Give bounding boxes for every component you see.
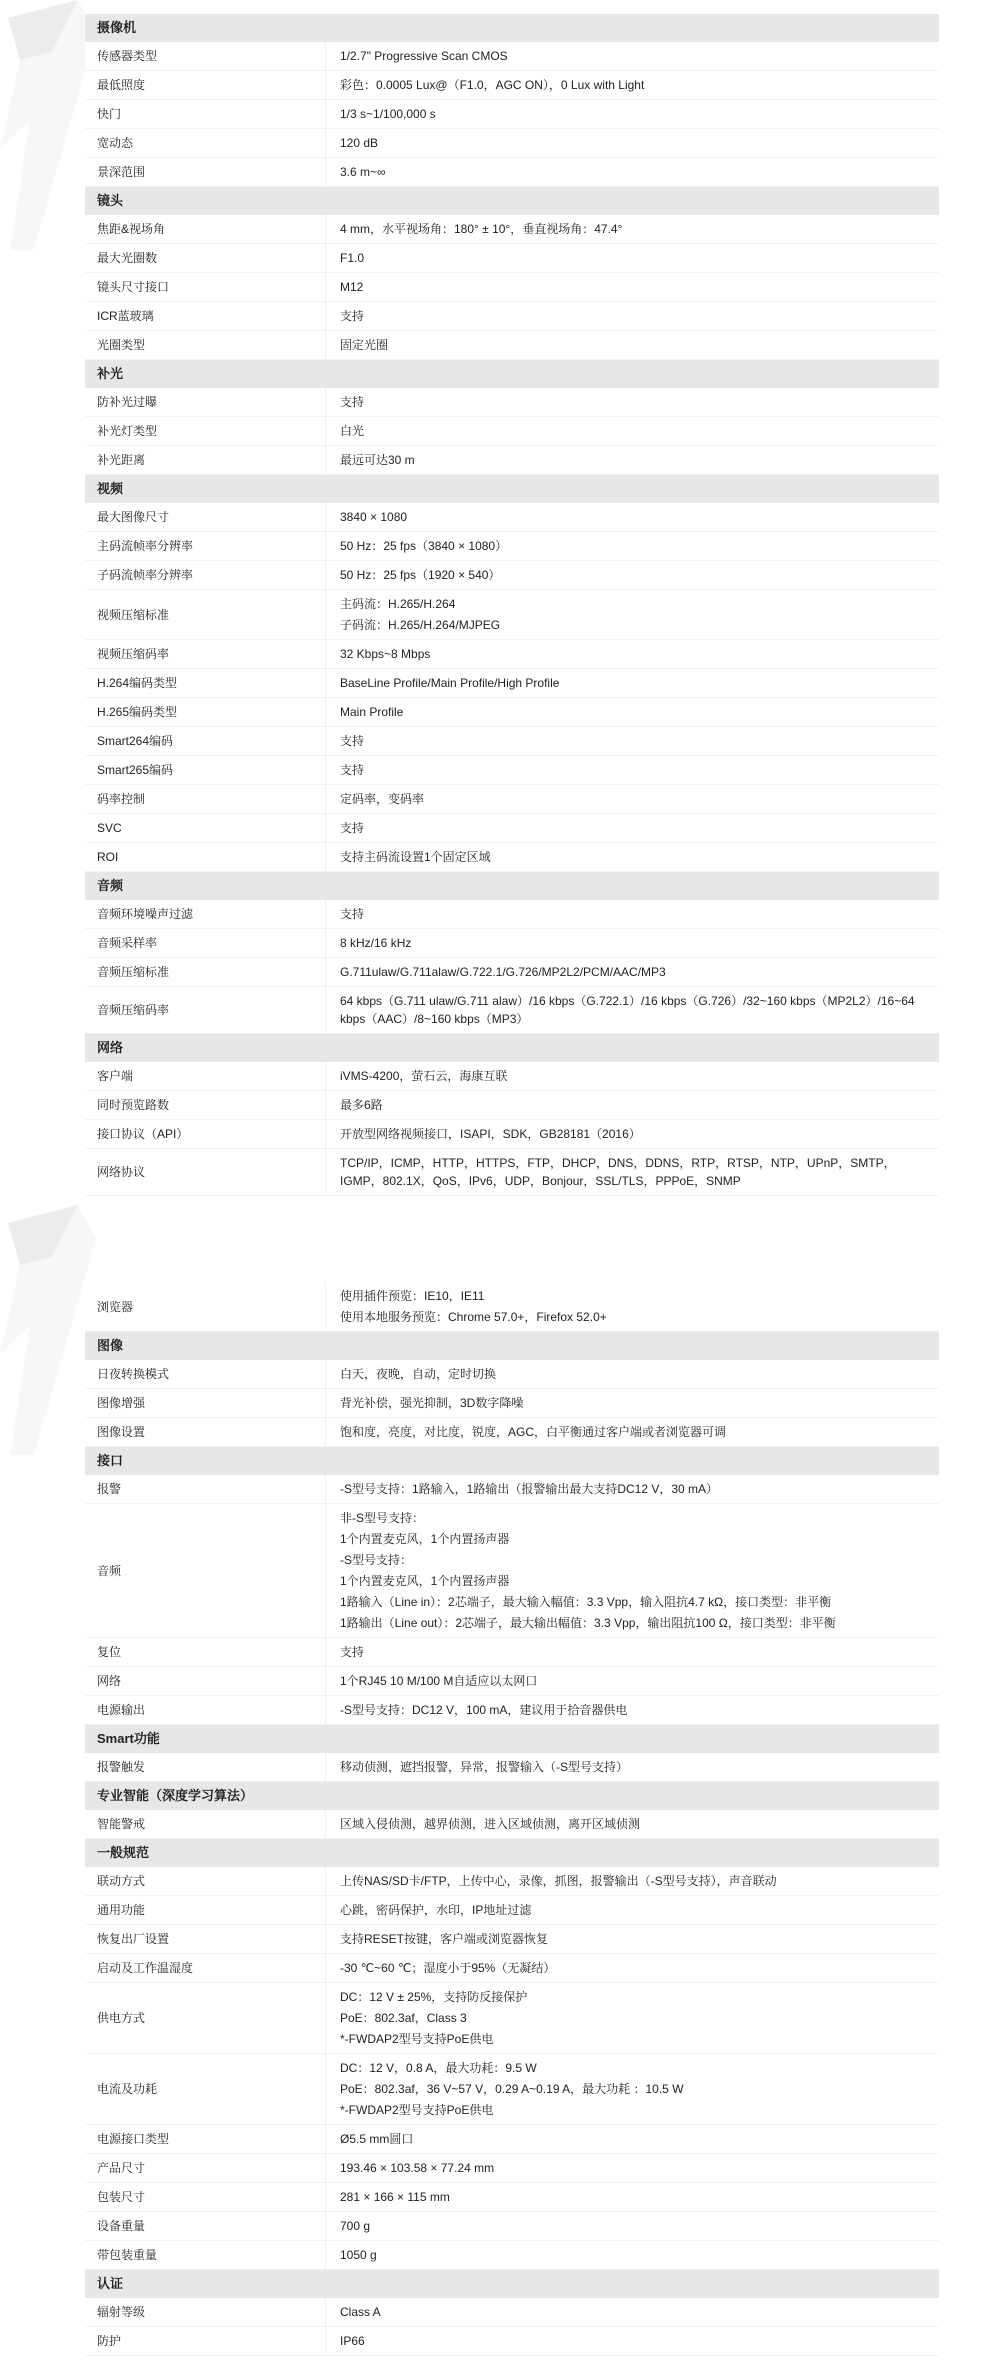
spec-value-line: 支持 (340, 393, 925, 411)
spec-value: 定码率，变码率 (326, 785, 939, 813)
spec-row: 补光灯类型白光 (85, 417, 939, 446)
spec-label: 网络 (85, 1667, 326, 1695)
spec-row: 日夜转换模式白天，夜晚，自动，定时切换 (85, 1360, 939, 1389)
spec-row: 景深范围3.6 m~∞ (85, 158, 939, 187)
spec-value-line: 支持 (340, 761, 925, 779)
spec-value-line: 主码流：H.265/H.264 (340, 595, 925, 613)
spec-label: Smart265编码 (85, 756, 326, 784)
spec-label: 电源输出 (85, 1696, 326, 1724)
spec-value: 3.6 m~∞ (326, 158, 939, 186)
spec-value-line: BaseLine Profile/Main Profile/High Profi… (340, 674, 925, 692)
spec-value-line: 开放型网络视频接口，ISAPI，SDK，GB28181（2016） (340, 1125, 925, 1143)
spec-label: 补光距离 (85, 446, 326, 474)
spec-value: 背光补偿，强光抑制，3D数字降噪 (326, 1389, 939, 1417)
spec-value: 主码流：H.265/H.264子码流：H.265/H.264/MJPEG (326, 590, 939, 639)
spec-value-line: 支持 (340, 819, 925, 837)
section-header: 认证 (85, 2270, 939, 2298)
spec-value: 白天，夜晚，自动，定时切换 (326, 1360, 939, 1388)
spec-value: 1/2.7" Progressive Scan CMOS (326, 42, 939, 70)
spec-row: 主码流帧率分辨率50 Hz：25 fps（3840 × 1080） (85, 532, 939, 561)
section-header: 接口 (85, 1447, 939, 1475)
spec-value-line: PoE：802.3af，Class 3 (340, 2009, 925, 2027)
spec-value: M12 (326, 273, 939, 301)
spec-label: 报警 (85, 1475, 326, 1503)
spec-value: Class A (326, 2298, 939, 2326)
spec-value-line: 支持RESET按键，客户端或浏览器恢复 (340, 1930, 925, 1948)
spec-row: 辐射等级Class A (85, 2298, 939, 2327)
spec-row: 电源输出-S型号支持：DC12 V，100 mA，建议用于拾音器供电 (85, 1696, 939, 1725)
spec-value: 32 Kbps~8 Mbps (326, 640, 939, 668)
spec-label: 最大光圈数 (85, 244, 326, 272)
spec-value: Main Profile (326, 698, 939, 726)
spec-value: TCP/IP，ICMP，HTTP，HTTPS，FTP，DHCP，DNS，DDNS… (326, 1149, 939, 1195)
spec-value: G.711ulaw/G.711alaw/G.722.1/G.726/MP2L2/… (326, 958, 939, 986)
spec-label: 恢复出厂设置 (85, 1925, 326, 1953)
spec-label: 子码流帧率分辨率 (85, 561, 326, 589)
section-header: 图像 (85, 1332, 939, 1360)
spec-value: 固定光圈 (326, 331, 939, 359)
spec-row: 最大光圈数F1.0 (85, 244, 939, 273)
spec-value-line: 使用插件预览：IE10，IE11 (340, 1287, 925, 1305)
spec-label: 浏览器 (85, 1282, 326, 1331)
spec-label: ROI (85, 843, 326, 871)
spec-value-line: 1路输入（Line in）：2芯端子，最大输入幅值：3.3 Vpp，输入阻抗4.… (340, 1593, 925, 1611)
spec-value-line: 支持 (340, 1643, 925, 1661)
spec-value: Ø5.5 mm圆口 (326, 2125, 939, 2153)
spec-row: 防补光过曝支持 (85, 388, 939, 417)
spec-label: H.264编码类型 (85, 669, 326, 697)
spec-value-line: 1个内置麦克风，1个内置扬声器 (340, 1572, 925, 1590)
spec-value-line: 281 × 166 × 115 mm (340, 2188, 925, 2206)
spec-value: 支持RESET按键，客户端或浏览器恢复 (326, 1925, 939, 1953)
spec-label: 同时预览路数 (85, 1091, 326, 1119)
spec-row: 同时预览路数最多6路 (85, 1091, 939, 1120)
section-header: 专业智能（深度学习算法） (85, 1782, 939, 1810)
spec-value-line: 700 g (340, 2217, 925, 2235)
spec-value: iVMS-4200，萤石云，海康互联 (326, 1062, 939, 1090)
spec-value: 心跳，密码保护，水印，IP地址过滤 (326, 1896, 939, 1924)
spec-value: 120 dB (326, 129, 939, 157)
spec-row: H.265编码类型Main Profile (85, 698, 939, 727)
spec-value-line: F1.0 (340, 249, 925, 267)
spec-row: 通用功能心跳，密码保护，水印，IP地址过滤 (85, 1896, 939, 1925)
section-header: 补光 (85, 360, 939, 388)
spec-row: 视频压缩码率32 Kbps~8 Mbps (85, 640, 939, 669)
spec-row: 供电方式DC：12 V ± 25%，支持防反接保护PoE：802.3af，Cla… (85, 1983, 939, 2054)
spec-value-line: 8 kHz/16 kHz (340, 934, 925, 952)
spec-row: 恢复出厂设置支持RESET按键，客户端或浏览器恢复 (85, 1925, 939, 1954)
spec-value: 8 kHz/16 kHz (326, 929, 939, 957)
spec-value: 支持 (326, 900, 939, 928)
spec-value-line: 彩色：0.0005 Lux@（F1.0，AGC ON），0 Lux with L… (340, 76, 925, 94)
spec-value-line: 1/2.7" Progressive Scan CMOS (340, 47, 925, 65)
spec-row: 包装尺寸281 × 166 × 115 mm (85, 2183, 939, 2212)
spec-label: 视频压缩码率 (85, 640, 326, 668)
spec-value-line: 支持主码流设置1个固定区域 (340, 848, 925, 866)
spec-value-line: 1个RJ45 10 M/100 M自适应以太网口 (340, 1672, 925, 1690)
spec-label: 智能警戒 (85, 1810, 326, 1838)
spec-value: 支持 (326, 302, 939, 330)
spec-row: 焦距&视场角4 mm，水平视场角：180° ± 10°，垂直视场角：47.4° (85, 215, 939, 244)
spec-row: 启动及工作温湿度-30 ℃~60 ℃；湿度小于95%（无凝结） (85, 1954, 939, 1983)
spec-label: Smart264编码 (85, 727, 326, 755)
spec-label: H.265编码类型 (85, 698, 326, 726)
spec-value-line: -S型号支持： (340, 1551, 925, 1569)
section-header: 镜头 (85, 187, 939, 215)
spec-value-line: 1050 g (340, 2246, 925, 2264)
spec-value: 281 × 166 × 115 mm (326, 2183, 939, 2211)
spec-row: 音频压缩标准G.711ulaw/G.711alaw/G.722.1/G.726/… (85, 958, 939, 987)
spec-value-line: PoE：802.3af，36 V~57 V，0.29 A~0.19 A，最大功耗… (340, 2080, 925, 2098)
spec-row: 复位支持 (85, 1638, 939, 1667)
spec-row: 视频压缩标准主码流：H.265/H.264子码流：H.265/H.264/MJP… (85, 590, 939, 640)
spec-value: 支持 (326, 388, 939, 416)
spec-row: 智能警戒区域入侵侦测，越界侦测，进入区域侦测，离开区域侦测 (85, 1810, 939, 1839)
spec-value-line: 193.46 × 103.58 × 77.24 mm (340, 2159, 925, 2177)
spec-value: 非-S型号支持：1个内置麦克风，1个内置扬声器-S型号支持：1个内置麦克风，1个… (326, 1504, 939, 1637)
spec-value-line: *-FWDAP2型号支持PoE供电 (340, 2030, 925, 2048)
spec-value-line: 区域入侵侦测，越界侦测，进入区域侦测，离开区域侦测 (340, 1815, 925, 1833)
spec-value-line: 背光补偿，强光抑制，3D数字降噪 (340, 1394, 925, 1412)
spec-value: 3840 × 1080 (326, 503, 939, 531)
spec-label: 电流及功耗 (85, 2054, 326, 2124)
spec-row: 传感器类型1/2.7" Progressive Scan CMOS (85, 42, 939, 71)
spec-value-line: 3840 × 1080 (340, 508, 925, 526)
spec-value-line: 使用本地服务预览：Chrome 57.0+，Firefox 52.0+ (340, 1308, 925, 1326)
spec-value: 移动侦测，遮挡报警，异常，报警输入（-S型号支持） (326, 1753, 939, 1781)
spec-label: 最低照度 (85, 71, 326, 99)
spec-label: 辐射等级 (85, 2298, 326, 2326)
section-header: 音频 (85, 872, 939, 900)
spec-value-line: TCP/IP，ICMP，HTTP，HTTPS，FTP，DHCP，DNS，DDNS… (340, 1154, 925, 1190)
spec-label: 音频环境噪声过滤 (85, 900, 326, 928)
spec-value-line: 最远可达30 m (340, 451, 925, 469)
spec-row: 电流及功耗DC：12 V，0.8 A，最大功耗：9.5 WPoE：802.3af… (85, 2054, 939, 2125)
spec-value-line: 上传NAS/SD卡/FTP，上传中心，录像，抓图，报警输出（-S型号支持），声音… (340, 1872, 925, 1890)
spec-label: 通用功能 (85, 1896, 326, 1924)
spec-label: 日夜转换模式 (85, 1360, 326, 1388)
spec-value: 64 kbps（G.711 ulaw/G.711 alaw）/16 kbps（G… (326, 987, 939, 1033)
spec-label: 景深范围 (85, 158, 326, 186)
spec-value: 1个RJ45 10 M/100 M自适应以太网口 (326, 1667, 939, 1695)
spec-row: 接口协议（API）开放型网络视频接口，ISAPI，SDK，GB28181（201… (85, 1120, 939, 1149)
spec-value: F1.0 (326, 244, 939, 272)
spec-value-line: *-FWDAP2型号支持PoE供电 (340, 2101, 925, 2119)
spec-value-line: -30 ℃~60 ℃；湿度小于95%（无凝结） (340, 1959, 925, 1977)
spec-row: 电源接口类型Ø5.5 mm圆口 (85, 2125, 939, 2154)
section-header: 网络 (85, 1034, 939, 1062)
spec-value-line: Main Profile (340, 703, 925, 721)
spec-table-part-1: 摄像机传感器类型1/2.7" Progressive Scan CMOS最低照度… (85, 14, 939, 1196)
spec-value: 4 mm，水平视场角：180° ± 10°，垂直视场角：47.4° (326, 215, 939, 243)
spec-label: 焦距&视场角 (85, 215, 326, 243)
spec-value-line: 1/3 s~1/100,000 s (340, 105, 925, 123)
spec-value-line: 白光 (340, 422, 925, 440)
spec-row: SVC支持 (85, 814, 939, 843)
spec-value-line: 子码流：H.265/H.264/MJPEG (340, 616, 925, 634)
spec-label: ICR蓝玻璃 (85, 302, 326, 330)
spec-label: 接口协议（API） (85, 1120, 326, 1148)
spec-label: 客户端 (85, 1062, 326, 1090)
spec-value: 饱和度，亮度，对比度，锐度，AGC，白平衡通过客户端或者浏览器可调 (326, 1418, 939, 1446)
spec-value: 50 Hz：25 fps（3840 × 1080） (326, 532, 939, 560)
spec-row: 最大图像尺寸3840 × 1080 (85, 503, 939, 532)
spec-value-line: Ø5.5 mm圆口 (340, 2130, 925, 2148)
spec-value-line: 50 Hz：25 fps（1920 × 540） (340, 566, 925, 584)
spec-value-line: 定码率，变码率 (340, 790, 925, 808)
spec-value: 193.46 × 103.58 × 77.24 mm (326, 2154, 939, 2182)
spec-value-line: 4 mm，水平视场角：180° ± 10°，垂直视场角：47.4° (340, 220, 925, 238)
spec-value: 支持主码流设置1个固定区域 (326, 843, 939, 871)
spec-row: 音频压缩码率64 kbps（G.711 ulaw/G.711 alaw）/16 … (85, 987, 939, 1034)
spec-value-line: 非-S型号支持： (340, 1509, 925, 1527)
spec-row: 音频非-S型号支持：1个内置麦克风，1个内置扬声器-S型号支持：1个内置麦克风，… (85, 1504, 939, 1638)
spec-label: 音频采样率 (85, 929, 326, 957)
spec-value: 支持 (326, 727, 939, 755)
spec-row: Smart264编码支持 (85, 727, 939, 756)
spec-value-line: 支持 (340, 905, 925, 923)
spec-row: H.264编码类型BaseLine Profile/Main Profile/H… (85, 669, 939, 698)
spec-row: 码率控制定码率，变码率 (85, 785, 939, 814)
spec-label: 音频 (85, 1504, 326, 1637)
spec-value-line: DC：12 V，0.8 A，最大功耗：9.5 W (340, 2059, 925, 2077)
spec-row: 图像增强背光补偿，强光抑制，3D数字降噪 (85, 1389, 939, 1418)
section-header: 摄像机 (85, 14, 939, 42)
spec-value-line: 50 Hz：25 fps（3840 × 1080） (340, 537, 925, 555)
spec-value-line: Class A (340, 2303, 925, 2321)
spec-label: 网络协议 (85, 1149, 326, 1195)
spec-value: 开放型网络视频接口，ISAPI，SDK，GB28181（2016） (326, 1120, 939, 1148)
spec-value-line: DC：12 V ± 25%，支持防反接保护 (340, 1988, 925, 2006)
spec-blocks: 摄像机传感器类型1/2.7" Progressive Scan CMOS最低照度… (0, 0, 1000, 2366)
spec-label: 启动及工作温湿度 (85, 1954, 326, 1982)
spec-value-line: -S型号支持：1路输入，1路输出（报警输出最大支持DC12 V，30 mA） (340, 1480, 925, 1498)
spec-label: 电源接口类型 (85, 2125, 326, 2153)
spec-value-line: 最多6路 (340, 1096, 925, 1114)
spec-value-line: IP66 (340, 2332, 925, 2350)
spec-label: 报警触发 (85, 1753, 326, 1781)
spec-value: DC：12 V，0.8 A，最大功耗：9.5 WPoE：802.3af，36 V… (326, 2054, 939, 2124)
spec-value: 支持 (326, 1638, 939, 1666)
spec-row: 网络1个RJ45 10 M/100 M自适应以太网口 (85, 1667, 939, 1696)
spec-row: 网络协议TCP/IP，ICMP，HTTP，HTTPS，FTP，DHCP，DNS，… (85, 1149, 939, 1196)
spec-value: 700 g (326, 2212, 939, 2240)
spec-value: 使用插件预览：IE10，IE11使用本地服务预览：Chrome 57.0+，Fi… (326, 1282, 939, 1331)
spec-row: 图像设置饱和度，亮度，对比度，锐度，AGC，白平衡通过客户端或者浏览器可调 (85, 1418, 939, 1447)
spec-value-line: -S型号支持：DC12 V，100 mA，建议用于拾音器供电 (340, 1701, 925, 1719)
spec-label: 光圈类型 (85, 331, 326, 359)
spec-value: IP66 (326, 2327, 939, 2355)
spec-value: 1050 g (326, 2241, 939, 2269)
spec-row: ICR蓝玻璃支持 (85, 302, 939, 331)
spec-value-line: 3.6 m~∞ (340, 163, 925, 181)
spec-row: 带包装重量1050 g (85, 2241, 939, 2270)
spec-value-line: 1个内置麦克风，1个内置扬声器 (340, 1530, 925, 1548)
spec-row: 产品尺寸193.46 × 103.58 × 77.24 mm (85, 2154, 939, 2183)
spec-value: 支持 (326, 814, 939, 842)
spec-value: DC：12 V ± 25%，支持防反接保护PoE：802.3af，Class 3… (326, 1983, 939, 2053)
spec-label: 带包装重量 (85, 2241, 326, 2269)
spec-label: 图像增强 (85, 1389, 326, 1417)
spec-label: 包装尺寸 (85, 2183, 326, 2211)
spec-row: ROI支持主码流设置1个固定区域 (85, 843, 939, 872)
spec-table-part-2: 浏览器使用插件预览：IE10，IE11使用本地服务预览：Chrome 57.0+… (85, 1282, 939, 2356)
spec-value: -30 ℃~60 ℃；湿度小于95%（无凝结） (326, 1954, 939, 1982)
spec-label: 音频压缩标准 (85, 958, 326, 986)
spec-value: 最远可达30 m (326, 446, 939, 474)
section-header: Smart功能 (85, 1725, 939, 1753)
spec-row: 子码流帧率分辨率50 Hz：25 fps（1920 × 540） (85, 561, 939, 590)
spec-label: 传感器类型 (85, 42, 326, 70)
spec-row: Smart265编码支持 (85, 756, 939, 785)
spec-label: 快门 (85, 100, 326, 128)
spec-label: 联动方式 (85, 1867, 326, 1895)
spec-label: 产品尺寸 (85, 2154, 326, 2182)
spec-value: BaseLine Profile/Main Profile/High Profi… (326, 669, 939, 697)
spec-row: 宽动态120 dB (85, 129, 939, 158)
section-header: 一般规范 (85, 1839, 939, 1867)
spec-value-line: 心跳，密码保护，水印，IP地址过滤 (340, 1901, 925, 1919)
spec-value-line: M12 (340, 278, 925, 296)
spec-label: 防补光过曝 (85, 388, 326, 416)
spec-label: 宽动态 (85, 129, 326, 157)
spec-label: 码率控制 (85, 785, 326, 813)
spec-label: 复位 (85, 1638, 326, 1666)
spec-label: 视频压缩标准 (85, 590, 326, 639)
spec-value-line: 白天，夜晚，自动，定时切换 (340, 1365, 925, 1383)
spec-value: 最多6路 (326, 1091, 939, 1119)
spec-row: 报警-S型号支持：1路输入，1路输出（报警输出最大支持DC12 V，30 mA） (85, 1475, 939, 1504)
spec-value-line: 支持 (340, 307, 925, 325)
spec-row: 光圈类型固定光圈 (85, 331, 939, 360)
spec-label: 供电方式 (85, 1983, 326, 2053)
spec-row: 报警触发移动侦测，遮挡报警，异常，报警输入（-S型号支持） (85, 1753, 939, 1782)
spec-label: 图像设置 (85, 1418, 326, 1446)
spec-value-line: 120 dB (340, 134, 925, 152)
spec-row: 音频环境噪声过滤支持 (85, 900, 939, 929)
spec-label: 设备重量 (85, 2212, 326, 2240)
spec-label: 防护 (85, 2327, 326, 2355)
spec-value: 支持 (326, 756, 939, 784)
spec-row: 防护IP66 (85, 2327, 939, 2356)
spec-value: 白光 (326, 417, 939, 445)
spec-value-line: 64 kbps（G.711 ulaw/G.711 alaw）/16 kbps（G… (340, 992, 925, 1028)
spec-value-line: 支持 (340, 732, 925, 750)
spec-row: 客户端iVMS-4200，萤石云，海康互联 (85, 1062, 939, 1091)
spec-label: 补光灯类型 (85, 417, 326, 445)
spec-row: 镜头尺寸接口M12 (85, 273, 939, 302)
spec-label: 音频压缩码率 (85, 987, 326, 1033)
spec-value: 50 Hz：25 fps（1920 × 540） (326, 561, 939, 589)
spec-row: 音频采样率8 kHz/16 kHz (85, 929, 939, 958)
spec-row: 浏览器使用插件预览：IE10，IE11使用本地服务预览：Chrome 57.0+… (85, 1282, 939, 1332)
spec-label: 镜头尺寸接口 (85, 273, 326, 301)
spec-row: 最低照度彩色：0.0005 Lux@（F1.0，AGC ON），0 Lux wi… (85, 71, 939, 100)
spec-value: -S型号支持：DC12 V，100 mA，建议用于拾音器供电 (326, 1696, 939, 1724)
spec-value-line: G.711ulaw/G.711alaw/G.722.1/G.726/MP2L2/… (340, 963, 925, 981)
spec-row: 设备重量700 g (85, 2212, 939, 2241)
spec-value: 彩色：0.0005 Lux@（F1.0，AGC ON），0 Lux with L… (326, 71, 939, 99)
spec-row: 联动方式上传NAS/SD卡/FTP，上传中心，录像，抓图，报警输出（-S型号支持… (85, 1867, 939, 1896)
spec-value-line: 饱和度，亮度，对比度，锐度，AGC，白平衡通过客户端或者浏览器可调 (340, 1423, 925, 1441)
spec-value: 1/3 s~1/100,000 s (326, 100, 939, 128)
spec-value-line: 32 Kbps~8 Mbps (340, 645, 925, 663)
spec-value-line: 1路输出（Line out）：2芯端子，最大输出幅值：3.3 Vpp，输出阻抗1… (340, 1614, 925, 1632)
spec-value: 上传NAS/SD卡/FTP，上传中心，录像，抓图，报警输出（-S型号支持），声音… (326, 1867, 939, 1895)
section-header: 视频 (85, 475, 939, 503)
spec-row: 快门1/3 s~1/100,000 s (85, 100, 939, 129)
spec-label: 主码流帧率分辨率 (85, 532, 326, 560)
spec-value: 区域入侵侦测，越界侦测，进入区域侦测，离开区域侦测 (326, 1810, 939, 1838)
spec-value-line: 移动侦测，遮挡报警，异常，报警输入（-S型号支持） (340, 1758, 925, 1776)
spec-label: 最大图像尺寸 (85, 503, 326, 531)
spec-row: 补光距离最远可达30 m (85, 446, 939, 475)
spec-value: -S型号支持：1路输入，1路输出（报警输出最大支持DC12 V，30 mA） (326, 1475, 939, 1503)
spec-value-line: iVMS-4200，萤石云，海康互联 (340, 1067, 925, 1085)
spec-value-line: 固定光圈 (340, 336, 925, 354)
spec-label: SVC (85, 814, 326, 842)
